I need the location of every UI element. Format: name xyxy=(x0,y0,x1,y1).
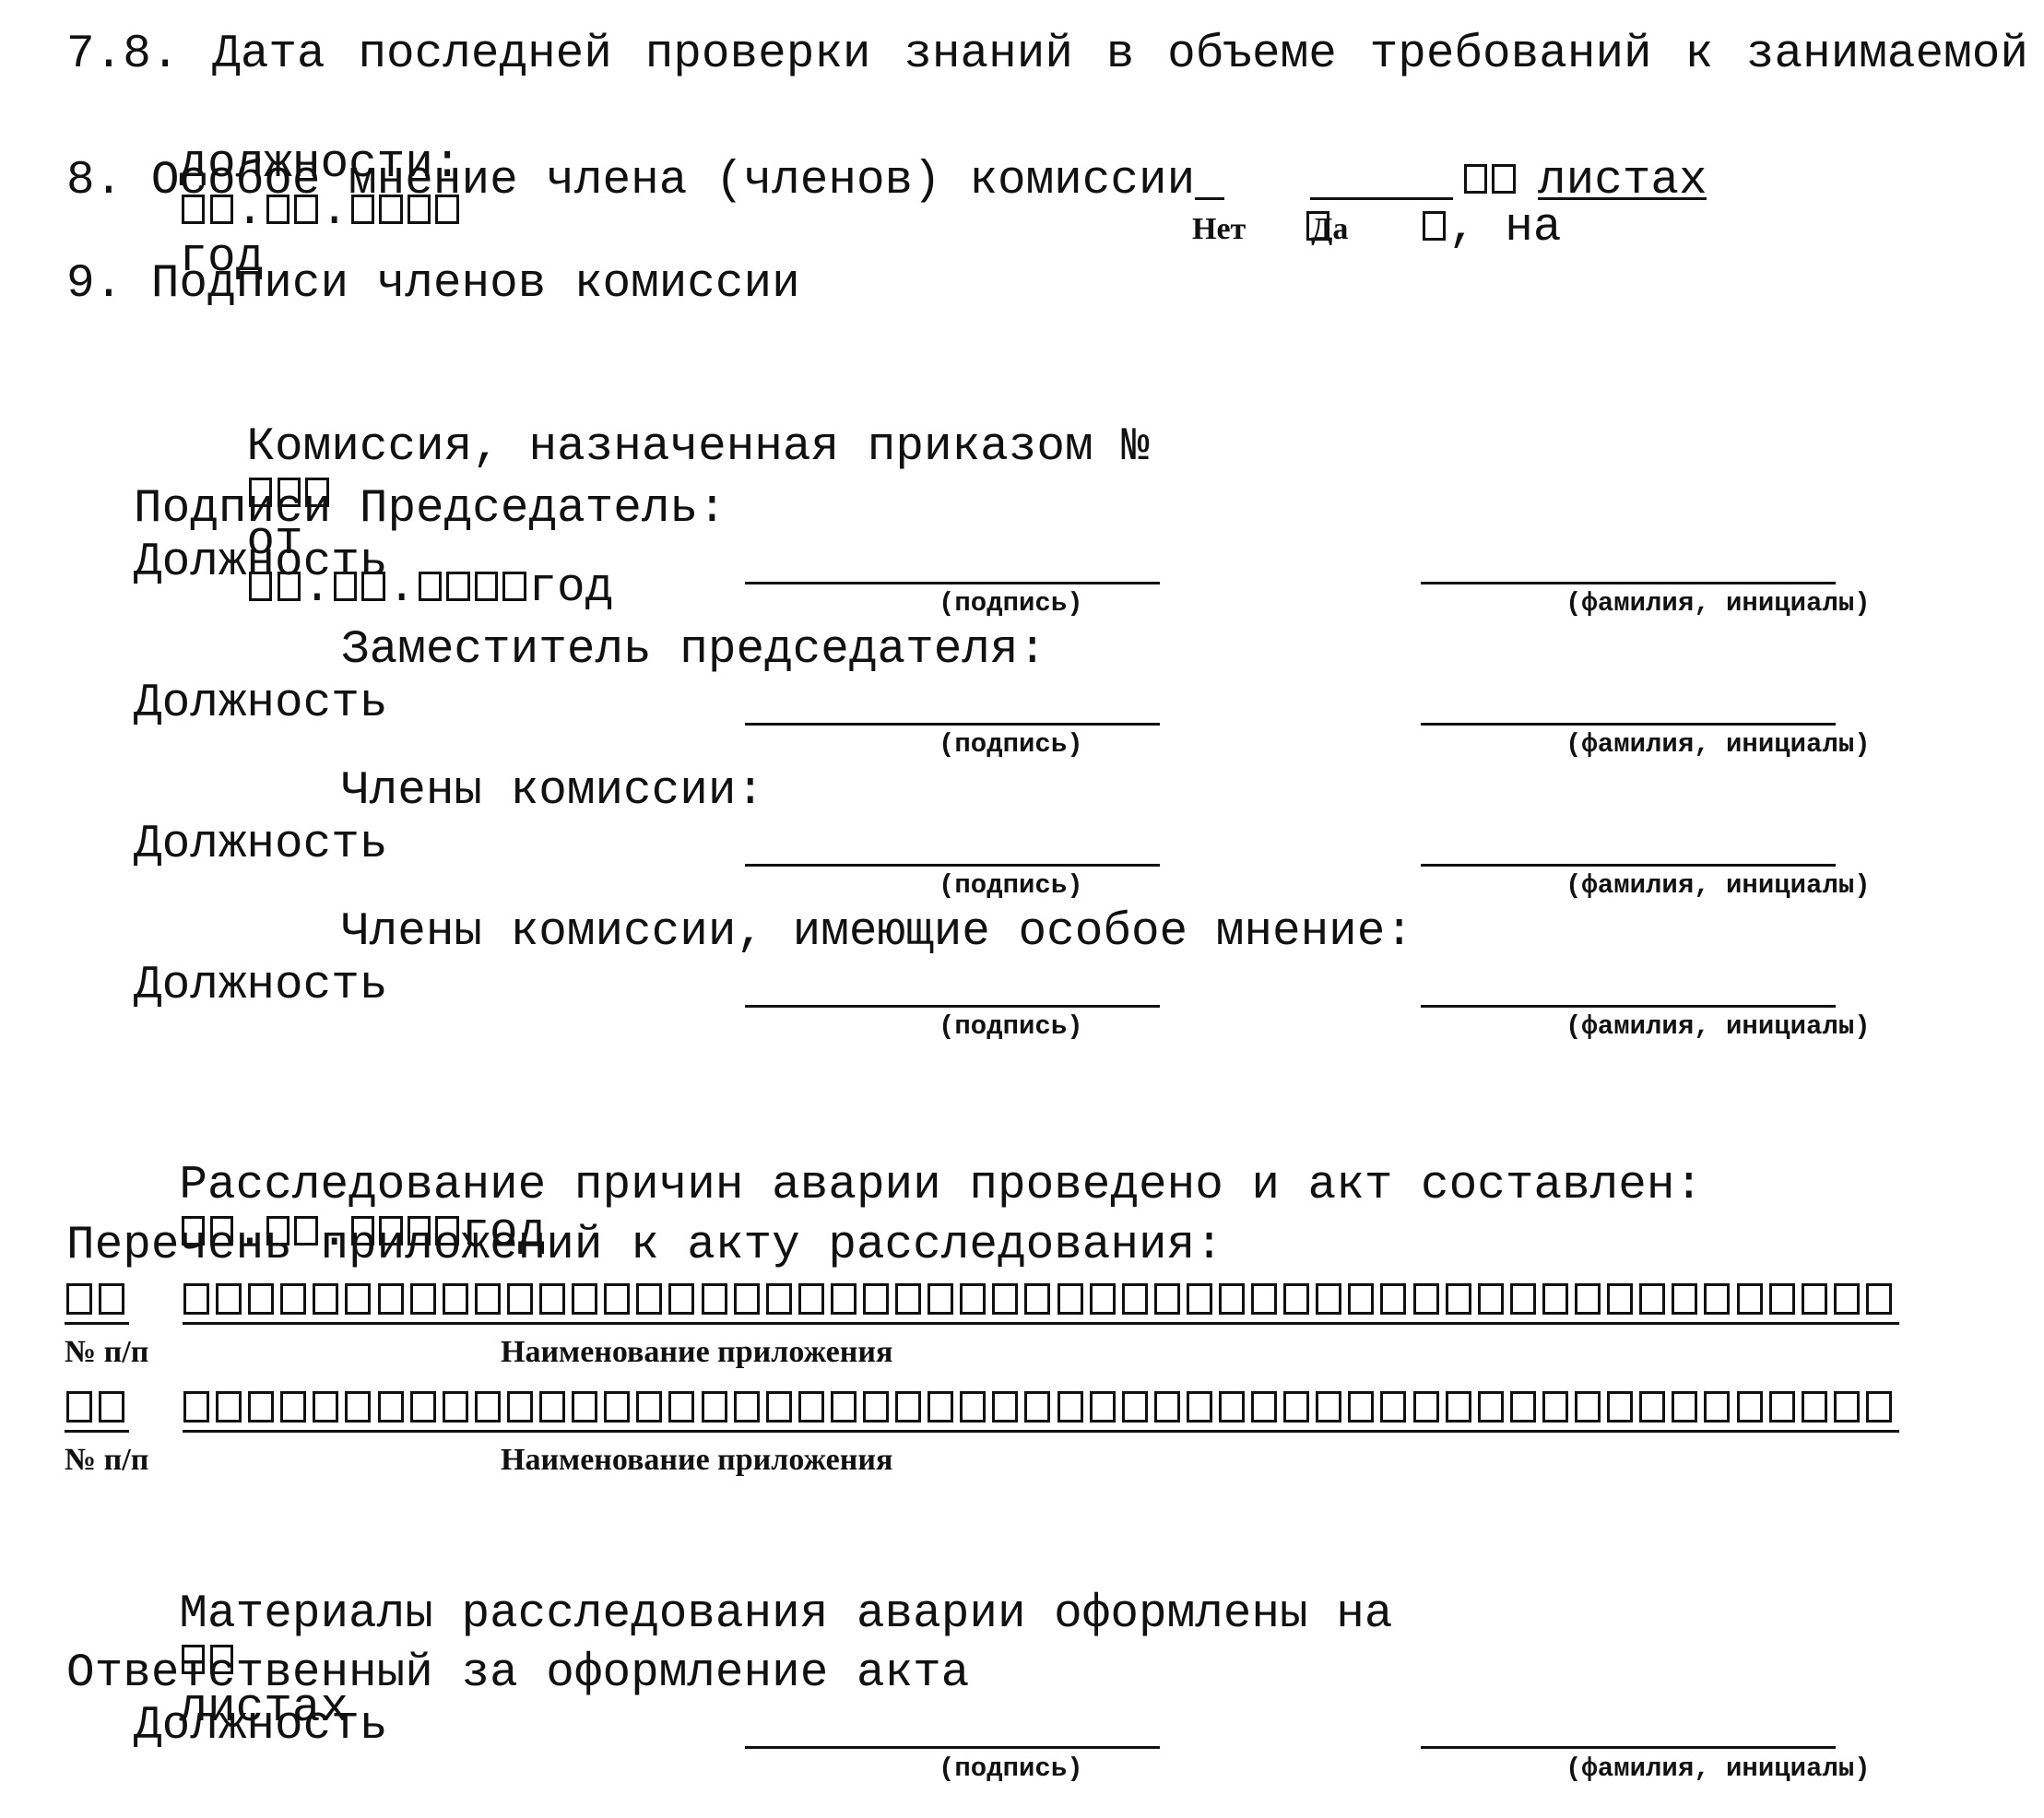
number-cell xyxy=(99,1283,124,1315)
signature-line[interactable] xyxy=(745,864,1160,867)
name-cell xyxy=(1737,1283,1763,1315)
name-cell xyxy=(443,1283,468,1315)
name-caption: (фамилия, инициалы) xyxy=(1565,731,1871,758)
appendix-number-underline xyxy=(65,1430,129,1433)
name-cell xyxy=(1446,1283,1471,1315)
number-cell xyxy=(66,1391,92,1423)
name-cell xyxy=(183,1391,209,1423)
dissent-no-label: Нет xyxy=(1192,214,1246,245)
signature-line[interactable] xyxy=(745,723,1160,726)
name-cell xyxy=(831,1391,857,1423)
year-cell xyxy=(419,572,443,601)
accident-investigation-act-page: 7.8.Датапоследнейпроверкизнанийвобъеметр… xyxy=(0,0,2044,1818)
section-7-8-word: последней xyxy=(358,31,611,78)
investigation-line: Расследование причин аварии проведено и … xyxy=(66,1116,1703,1304)
section-7-8-word: занимаемой xyxy=(1746,31,2028,78)
name-cell xyxy=(1510,1391,1536,1423)
responsible-heading: Ответственный за оформление акта xyxy=(66,1650,969,1697)
section-7-8-line1: 7.8.Датапоследнейпроверкизнанийвобъеметр… xyxy=(66,31,2028,78)
name-cell xyxy=(960,1391,986,1423)
name-cell xyxy=(1348,1391,1374,1423)
name-cell xyxy=(798,1283,824,1315)
name-cell xyxy=(1575,1283,1601,1315)
commission-prefix: Комиссия, назначенная приказом № xyxy=(246,421,1149,474)
name-cell xyxy=(1542,1391,1568,1423)
signature-position-label: Должность xyxy=(134,539,387,586)
name-cell xyxy=(475,1391,501,1423)
name-cell xyxy=(216,1391,242,1423)
section-8-label: 8. Особое мнение члена (членов) комиссии xyxy=(66,158,1195,205)
name-cell xyxy=(1057,1283,1083,1315)
appendix-number-field[interactable] xyxy=(66,1391,131,1423)
signature-caption: (подпись) xyxy=(939,872,1083,899)
year-cell xyxy=(475,572,499,601)
signature-position-label: Должность xyxy=(134,962,387,1009)
name-cell xyxy=(636,1283,662,1315)
name-cell xyxy=(1639,1391,1665,1423)
section-7-8-word: знаний xyxy=(904,31,1073,78)
name-cell xyxy=(1802,1283,1827,1315)
signature-role-heading: Члены комиссии: xyxy=(341,768,764,815)
signature-caption: (подпись) xyxy=(939,731,1083,758)
name-cell xyxy=(702,1391,727,1423)
name-cell xyxy=(1866,1391,1892,1423)
responsible-position-label: Должность xyxy=(134,1703,387,1750)
appendix-name-caption: Наименование приложения xyxy=(501,1445,892,1476)
name-cell xyxy=(636,1391,662,1423)
name-cell xyxy=(1607,1391,1633,1423)
name-caption: (фамилия, инициалы) xyxy=(1565,590,1871,617)
name-cell xyxy=(183,1283,209,1315)
name-line[interactable] xyxy=(1421,864,1836,867)
name-caption: (фамилия, инициалы) xyxy=(1565,872,1871,899)
signature-caption: (подпись) xyxy=(939,1013,1083,1040)
name-cell xyxy=(1607,1283,1633,1315)
name-cell xyxy=(1737,1391,1763,1423)
name-cell xyxy=(927,1283,953,1315)
name-caption: (фамилия, инициалы) xyxy=(1565,1013,1871,1040)
dissent-sheets-underline xyxy=(1538,197,1707,200)
name-cell xyxy=(766,1391,792,1423)
name-cell xyxy=(1575,1391,1601,1423)
signature-position-label: Должность xyxy=(134,680,387,727)
name-cell xyxy=(1219,1391,1245,1423)
name-cell xyxy=(1348,1283,1374,1315)
name-cell xyxy=(248,1283,274,1315)
appendix-number-caption: № п/п xyxy=(65,1337,148,1368)
name-line[interactable] xyxy=(1421,582,1836,584)
appendix-name-caption: Наименование приложения xyxy=(501,1337,892,1368)
name-cell xyxy=(604,1391,630,1423)
name-line[interactable] xyxy=(1421,723,1836,726)
name-cell xyxy=(345,1283,371,1315)
name-cell xyxy=(1122,1283,1148,1315)
name-cell xyxy=(1769,1391,1795,1423)
appendix-name-underline xyxy=(183,1430,1899,1433)
name-cell xyxy=(572,1283,597,1315)
name-cell xyxy=(831,1283,857,1315)
name-cell xyxy=(378,1283,404,1315)
name-cell xyxy=(248,1391,274,1423)
name-cell xyxy=(539,1391,565,1423)
number-cell xyxy=(66,1283,92,1315)
responsible-name-caption: (фамилия, инициалы) xyxy=(1565,1755,1871,1782)
responsible-signature-line[interactable] xyxy=(745,1746,1160,1749)
name-cell xyxy=(280,1283,306,1315)
name-cell xyxy=(1672,1391,1697,1423)
name-cell xyxy=(1704,1391,1730,1423)
section-9-label: 9. Подписи членов комиссии xyxy=(66,261,800,308)
dissent-yes-suffix: , на xyxy=(1448,202,1561,254)
name-cell xyxy=(992,1391,1018,1423)
name-cell xyxy=(668,1283,694,1315)
materials-prefix: Материалы расследования аварии оформлены… xyxy=(179,1588,1392,1641)
appendix-number-underline xyxy=(65,1322,129,1325)
name-cell xyxy=(1510,1283,1536,1315)
commission-year-word: год xyxy=(528,562,613,615)
signature-role-heading: Члены комиссии, имеющие особое мнение: xyxy=(341,909,1413,956)
name-cell xyxy=(1834,1391,1860,1423)
name-cell xyxy=(313,1391,338,1423)
name-cell xyxy=(734,1391,760,1423)
section-7-8-word: к xyxy=(1684,31,1713,78)
section-7-8-word: проверки xyxy=(645,31,871,78)
signature-caption: (подпись) xyxy=(939,590,1083,617)
name-cell xyxy=(1672,1283,1697,1315)
name-cell xyxy=(1866,1283,1892,1315)
name-cell xyxy=(280,1391,306,1423)
appendices-heading: Перечень приложений к акту расследования… xyxy=(66,1222,1223,1269)
name-cell xyxy=(1251,1391,1277,1423)
name-cell xyxy=(766,1283,792,1315)
section-7-8-word: объеме xyxy=(1167,31,1337,78)
name-cell xyxy=(798,1391,824,1423)
name-cell xyxy=(1542,1283,1568,1315)
name-cell xyxy=(1283,1283,1309,1315)
name-cell xyxy=(1219,1283,1245,1315)
name-cell xyxy=(1090,1391,1116,1423)
name-cell xyxy=(539,1283,565,1315)
name-cell xyxy=(507,1283,533,1315)
name-cell xyxy=(1187,1283,1212,1315)
name-cell xyxy=(863,1391,889,1423)
section-7-8-word: в xyxy=(1106,31,1135,78)
year-cell xyxy=(446,572,470,601)
number-cell xyxy=(99,1391,124,1423)
section-7-8-word: требований xyxy=(1370,31,1652,78)
dissent-yes-label: Да xyxy=(1311,214,1348,245)
name-cell xyxy=(895,1283,921,1315)
name-cell xyxy=(960,1283,986,1315)
sheets-cell xyxy=(1464,164,1488,194)
responsible-signature-caption: (подпись) xyxy=(939,1755,1083,1782)
name-cell xyxy=(863,1283,889,1315)
investigation-prefix: Расследование причин аварии проведено и … xyxy=(179,1160,1703,1212)
dissent-no-underline xyxy=(1195,197,1224,200)
name-cell xyxy=(410,1283,436,1315)
name-cell xyxy=(1446,1391,1471,1423)
name-cell xyxy=(1769,1283,1795,1315)
name-cell xyxy=(1802,1391,1827,1423)
appendix-name-field[interactable] xyxy=(183,1391,1898,1423)
sheets-cell xyxy=(1492,164,1516,194)
section-7-8-word: Дата xyxy=(212,31,325,78)
name-cell xyxy=(927,1391,953,1423)
appendix-number-caption: № п/п xyxy=(65,1445,148,1476)
name-cell xyxy=(1090,1283,1116,1315)
name-cell xyxy=(734,1283,760,1315)
section-7-8-word: 7.8. xyxy=(66,31,179,78)
name-cell xyxy=(1122,1391,1148,1423)
name-cell xyxy=(702,1283,727,1315)
name-cell xyxy=(507,1391,533,1423)
signature-position-label: Должность xyxy=(134,821,387,868)
name-cell xyxy=(216,1283,242,1315)
name-cell xyxy=(1057,1391,1083,1423)
name-cell xyxy=(1478,1391,1504,1423)
name-cell xyxy=(895,1391,921,1423)
name-cell xyxy=(1704,1283,1730,1315)
name-cell xyxy=(992,1283,1018,1315)
dissent-yes-underline xyxy=(1310,197,1453,200)
appendix-name-underline xyxy=(183,1322,1899,1325)
appendix-number-field[interactable] xyxy=(66,1283,131,1315)
name-cell xyxy=(1478,1283,1504,1315)
name-cell xyxy=(1316,1391,1341,1423)
name-cell xyxy=(668,1391,694,1423)
name-cell xyxy=(1024,1391,1050,1423)
name-cell xyxy=(1834,1283,1860,1315)
name-cell xyxy=(475,1283,501,1315)
name-cell xyxy=(1154,1391,1180,1423)
signature-role-heading: Заместитель председателя: xyxy=(341,627,1046,674)
name-cell xyxy=(410,1391,436,1423)
year-cell xyxy=(502,572,526,601)
name-line[interactable] xyxy=(1421,1005,1836,1008)
name-cell xyxy=(1380,1391,1406,1423)
name-cell xyxy=(1639,1283,1665,1315)
name-cell xyxy=(1413,1283,1439,1315)
name-cell xyxy=(378,1391,404,1423)
responsible-name-line[interactable] xyxy=(1421,1746,1836,1749)
appendix-name-field[interactable] xyxy=(183,1283,1898,1315)
name-cell xyxy=(1316,1283,1341,1315)
signatures-heading: Подписи Председатель: xyxy=(134,486,727,533)
name-cell xyxy=(1283,1391,1309,1423)
name-cell xyxy=(572,1391,597,1423)
signature-line[interactable] xyxy=(745,1005,1160,1008)
dissent-yes-checkbox[interactable] xyxy=(1423,211,1447,241)
name-cell xyxy=(1380,1283,1406,1315)
name-cell xyxy=(345,1391,371,1423)
name-cell xyxy=(443,1391,468,1423)
name-cell xyxy=(1251,1283,1277,1315)
name-cell xyxy=(313,1283,338,1315)
name-cell xyxy=(1024,1283,1050,1315)
signature-line[interactable] xyxy=(745,582,1160,584)
name-cell xyxy=(1154,1283,1180,1315)
name-cell xyxy=(1413,1391,1439,1423)
name-cell xyxy=(1187,1391,1212,1423)
name-cell xyxy=(604,1283,630,1315)
dissent-sheets-field[interactable] xyxy=(1461,158,1518,205)
